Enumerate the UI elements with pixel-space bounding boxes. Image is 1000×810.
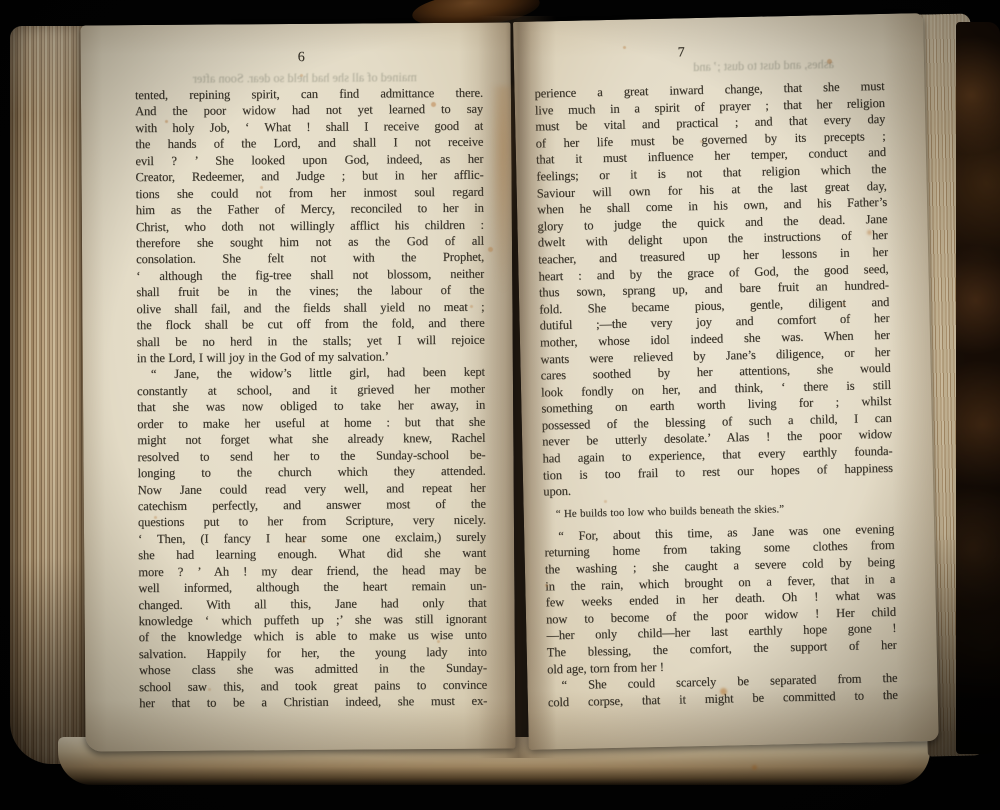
book-photo: 6 mained of all she had held so dear. So… xyxy=(0,0,1000,810)
page-edge-stack-left xyxy=(10,26,86,764)
text-line: shall be no herd in the stalls; yet I wi… xyxy=(137,331,485,350)
text-line: shall fruit be in the vines; the labour … xyxy=(136,282,484,301)
text-line: that she was now obliged to take her awa… xyxy=(137,397,485,416)
text-line: longing to the church which they attende… xyxy=(138,463,486,482)
text-line: she had learning enough. What did she wa… xyxy=(138,545,486,564)
text-line: him as the Father of Mercy, reconciled t… xyxy=(136,200,484,219)
page-number: 6 xyxy=(298,50,305,66)
page-number: 7 xyxy=(678,45,685,61)
book-cover xyxy=(956,22,1000,754)
page-text: tented, repining spirit, can find admitt… xyxy=(135,85,487,712)
book-page-left: 6 mained of all she had held so dear. So… xyxy=(80,23,515,752)
text-line: well informed, although the heart remain… xyxy=(138,578,486,597)
text-line: “ He builds too low who builds beneath t… xyxy=(556,501,894,520)
text-line: Creator, Redeemer, and Judge ; but in he… xyxy=(135,167,483,186)
text-line: her that to be a Christian indeed, she m… xyxy=(139,693,487,712)
text-line: the flock shall be cut off from the fold… xyxy=(137,315,485,334)
book-page-right: 7 ashes, and dust to dust ;’ and perienc… xyxy=(513,13,939,750)
text-line: might not forget what she already knew, … xyxy=(137,430,485,449)
page-text: perience a great inward change, that she… xyxy=(534,78,898,711)
bleed-through-text: ashes, and dust to dust ;’ and xyxy=(534,57,834,79)
foxing-spots xyxy=(0,0,3,3)
